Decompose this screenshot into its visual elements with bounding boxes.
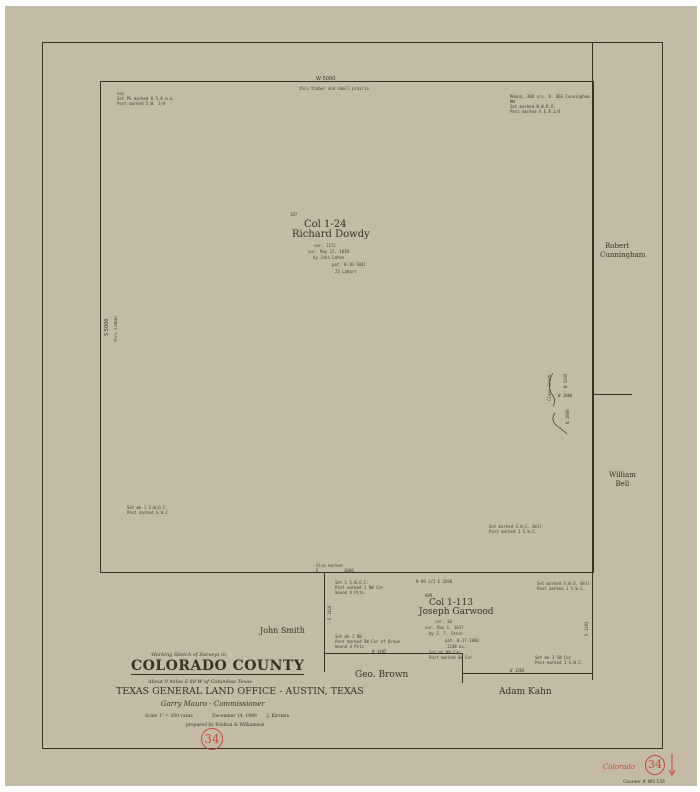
dowdy-survey-date: sur. May 15, 1839 [308, 249, 349, 254]
garwood-west-line [324, 572, 325, 672]
title-date: December 14, 1988 [212, 714, 257, 719]
garwood-right-line: S 1282 [584, 622, 589, 636]
title-commissioner: Garry Mauro - Commissioner [161, 700, 265, 708]
garwood-left-line: S 1410 [327, 606, 332, 620]
top-line-note: thru timber and small prairie [299, 86, 369, 91]
survey-boundary-dowdy [100, 81, 594, 573]
title-county: COLORADO COUNTY [131, 659, 304, 675]
garwood-top-bearing: N 89 1/2 E 2690 [416, 579, 452, 584]
adjoining-william-bell: William Bell [609, 471, 636, 489]
down-arrow-icon [668, 754, 676, 776]
garwood-surveyor: by J. T. Stein [429, 631, 463, 636]
adjoining-adam-kahn: Adam Kahn [499, 687, 552, 697]
title-scale: Scale 1" = 300 varas [145, 714, 193, 719]
ne-corner-note: Mound, 300 vrs. N. 86E Cunningham NW Set… [510, 94, 589, 114]
sw-corner-note: Set mk 1 S.W.O.C. Post marked S.W.C. [127, 505, 170, 515]
garwood-survey-date: sur. May 1, 1837 [425, 625, 464, 630]
garwood-acres: 1248 ac. [447, 644, 466, 649]
dowdy-abstract: 187 [290, 212, 297, 217]
dowdy-surveyor: by John Lahon [313, 255, 344, 260]
west-line-note: thru timber [113, 316, 118, 343]
garwood-bottom-right-bearing: W 1268 [510, 668, 524, 673]
map-sheet: W 5000 thru timber and small prairie sec… [5, 6, 697, 786]
adjoining-geo-brown: Geo. Brown [355, 670, 408, 680]
title-prepared-by: prepared by Poulton & Williamson [186, 723, 265, 728]
garwood-ne-note: Set marked S.W.O. Bell Post marked 1 S.W… [537, 581, 590, 591]
dowdy-acres: 25 Labors [335, 269, 357, 274]
nw-corner-note: sec Set PS marked 8.5.0 m.k. Post marked… [117, 91, 175, 106]
adjoining-john-smith: John Smith [260, 626, 305, 635]
corner-county-stamp: Colorado [603, 763, 635, 771]
dowdy-cert-no: cer. 1172 [314, 243, 336, 248]
title-initials: J. Kirstein [267, 714, 289, 719]
garwood-se-note: Set mk 1 SW Cor Post marked 1 S.W.C. [535, 655, 583, 665]
corner-number-stamp: 34 [645, 755, 665, 775]
creek-icon [545, 368, 585, 438]
adjoining-robert-cunningham: Robert Cunningham [600, 242, 645, 260]
garwood-grantee: Joseph Garwood [419, 607, 494, 617]
garwood-bottom-left-bearing: W 1485 [372, 649, 386, 654]
garwood-corner-note: Also marked [316, 563, 343, 568]
dowdy-grantee: Richard Dowdy [292, 229, 370, 240]
dowdy-patent: pat. 8-10-1841 [332, 262, 366, 267]
garwood-cert-no: cer. 10 [435, 619, 452, 624]
garwood-nw-note: Set 1 S.W.O.C. Post marked 1 NW Cor moun… [335, 580, 383, 595]
counter-number: Counter # WS 134 [623, 780, 665, 785]
garwood-mid-note: Set mk NW Cor Post marked SW Cor [429, 650, 472, 660]
top-line-bearing: W 5000 [316, 76, 335, 82]
title-office: TEXAS GENERAL LAND OFFICE - AUSTIN, TEXA… [116, 686, 364, 697]
garwood-patent: pat. 8-17-1860 [445, 638, 479, 643]
east-boundary-line [592, 42, 593, 680]
garwood-line-top: 3000 [344, 568, 354, 573]
sketch-number-stamp: 34 [201, 728, 223, 750]
kahn-bottom-line [462, 673, 593, 674]
creek-tie-line [592, 394, 632, 395]
garwood-sw-note: Set mk 1 NW Post marked SW Cor of Brown … [335, 634, 400, 649]
se-corner-note: Set marked S.W.C. Bell Post marked 1 S.W… [489, 524, 542, 534]
west-line-bearing: S 5000 [104, 319, 110, 337]
garwood-line-left: E [316, 568, 318, 573]
title-location: About 9 miles S 60 W of Columbus Texas [148, 679, 252, 685]
